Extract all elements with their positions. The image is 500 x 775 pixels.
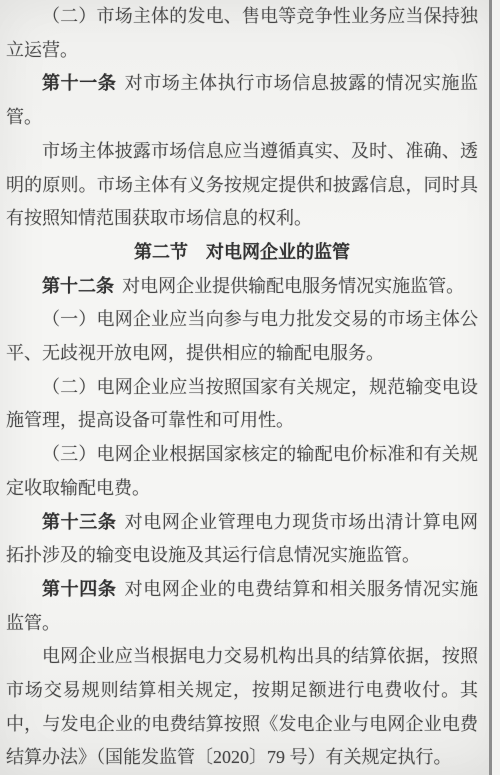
article-number: 第十三条	[42, 512, 117, 532]
page-right-margin	[492, 0, 500, 775]
scanned-document-page: （二）市场主体的发电、售电等竞争性业务应当保持独立运营。第十一条对市场主体执行市…	[0, 0, 500, 775]
paragraph-text: 第二节 对电网企业的监管	[134, 242, 350, 262]
document-body: （二）市场主体的发电、售电等竞争性业务应当保持独立运营。第十一条对市场主体执行市…	[6, 0, 478, 775]
article-number: 第十四条	[42, 579, 117, 599]
paragraph-text: 电网企业应当根据电力交易机构出具的结算依据，按照市场交易规则结算相关规定，按期足…	[6, 646, 478, 767]
paragraph: 第十三条对电网企业管理电力现货市场出清计算电网拓扑涉及的输变电设施及其运行信息情…	[6, 506, 478, 573]
paragraph: （二）市场主体的发电、售电等竞争性业务应当保持独立运营。	[6, 0, 478, 67]
paragraph-text: （一）电网企业应当向参与电力批发交易的市场主体公平、无歧视开放电网，提供相应的输…	[6, 309, 478, 363]
article-number: 第十二条	[42, 276, 114, 296]
page-edge-line	[489, 0, 492, 775]
paragraph: 第十四条对电网企业的电费结算和相关服务情况实施监管。	[6, 573, 478, 640]
article-number: 第十一条	[42, 73, 117, 93]
paragraph: （三）电网企业根据国家核定的输配电价标准和有关规定收取输配电费。	[6, 438, 478, 505]
paragraph-text: （二）电网企业应当按照国家有关规定，规范输变电设施管理，提高设备可靠性和可用性。	[6, 377, 478, 431]
section-heading: 第二节 对电网企业的监管	[6, 236, 478, 270]
paragraph: （二）电网企业应当按照国家有关规定，规范输变电设施管理，提高设备可靠性和可用性。	[6, 371, 478, 438]
paragraph: （一）电网企业应当向参与电力批发交易的市场主体公平、无歧视开放电网，提供相应的输…	[6, 303, 478, 370]
paragraph-text: 市场主体披露市场信息应当遵循真实、及时、准确、透明的原则。市场主体有义务按规定提…	[6, 141, 478, 228]
paragraph-text: （三）电网企业根据国家核定的输配电价标准和有关规定收取输配电费。	[6, 444, 478, 498]
paragraph: 第十一条对市场主体执行市场信息披露的情况实施监管。	[6, 67, 478, 134]
paragraph-text: （二）市场主体的发电、售电等竞争性业务应当保持独立运营。	[6, 6, 478, 60]
paragraph-text: 对电网企业提供输配电服务情况实施监管。	[122, 276, 464, 296]
paragraph: 市场主体披露市场信息应当遵循真实、及时、准确、透明的原则。市场主体有义务按规定提…	[6, 135, 478, 236]
paragraph: 第十二条对电网企业提供输配电服务情况实施监管。	[6, 270, 478, 304]
paragraph: 电网企业应当根据电力交易机构出具的结算依据，按照市场交易规则结算相关规定，按期足…	[6, 640, 478, 775]
